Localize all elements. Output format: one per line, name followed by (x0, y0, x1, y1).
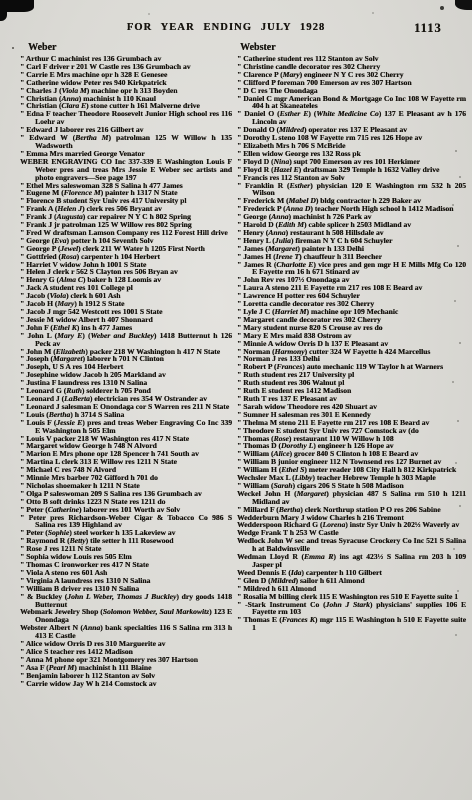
directory-entry: Wedlock John W sec and treas Syracuse Cr… (237, 537, 466, 553)
column-heading-weber: Weber (28, 42, 232, 54)
directory-entry: " James R (Charlotte E) vice pres and ge… (237, 261, 466, 277)
scan-artifact-top-left (0, 0, 34, 12)
directory-entry: " Daniel O (Esther E) (White Medicine Co… (237, 110, 466, 126)
column-heading-webster: Webster (240, 42, 466, 54)
entry-list-webster: " Catherine student res 112 Stanton av S… (237, 55, 466, 632)
directory-entry: " John L (Mary E) (Weber and Buckley) 14… (20, 332, 232, 348)
entry-list-weber: " Arthur C machinist res 136 Grumbach av… (20, 55, 232, 688)
directory-entry: WEBER ENGRAVING CO Inc 337-339 E Washing… (20, 158, 232, 182)
page-header-title: FOR YEAR ENDING JULY 1928 (0, 22, 452, 33)
directory-entry: " & Buckley (John L Weber, Thomas J Buck… (20, 593, 232, 609)
scan-noise-specks (0, 0, 2, 2)
directory-entry: " Louis F (Jessie E) pres and treas Webe… (20, 419, 232, 435)
page-number: 1113 (414, 21, 442, 36)
directory-entry: " Carrie widow Jay W h 214 Comstock av (20, 680, 232, 688)
directory-entry: " -Stark Instrument Co (John J Stark) ph… (237, 601, 466, 617)
directory-entry: Webster Albert N (Anna) bank specialties… (20, 624, 232, 640)
directory-entry: " Peter pres Richardson-Weber Cigar & To… (20, 514, 232, 530)
running-header: FOR YEAR ENDING JULY 1928 1113 (0, 22, 472, 38)
directory-page-scan: FOR YEAR ENDING JULY 1928 1113 Weber " A… (0, 0, 472, 800)
directory-entry: " Thomas E (Frances K) mgr 115 E Washing… (237, 616, 466, 632)
directory-entry: Weckel John H (Margaret) physician 487 S… (237, 490, 466, 506)
directory-entry: Webmark Jewelry Shop (Solomon Webber, Sa… (20, 608, 232, 624)
column-weber: Weber " Arthur C machinist res 136 Grumb… (20, 42, 232, 688)
directory-entry: " Daniel C mgr American Bond & Mortgage … (237, 95, 466, 111)
scan-artifact-top-right (455, 0, 472, 10)
column-webster: Webster " Catherine student res 112 Stan… (237, 42, 466, 632)
directory-entry: " Edna F teacher Theodore Roosevelt Juni… (20, 110, 232, 126)
directory-entry: " Edward W (Bertha M) patrolman 125 W Wi… (20, 134, 232, 150)
directory-entry: Wedman Lloyd R (Emma R) ins agt 423½ S S… (237, 553, 466, 569)
directory-entry: " Franklin R (Esther) physician 120 E Wa… (237, 182, 466, 198)
